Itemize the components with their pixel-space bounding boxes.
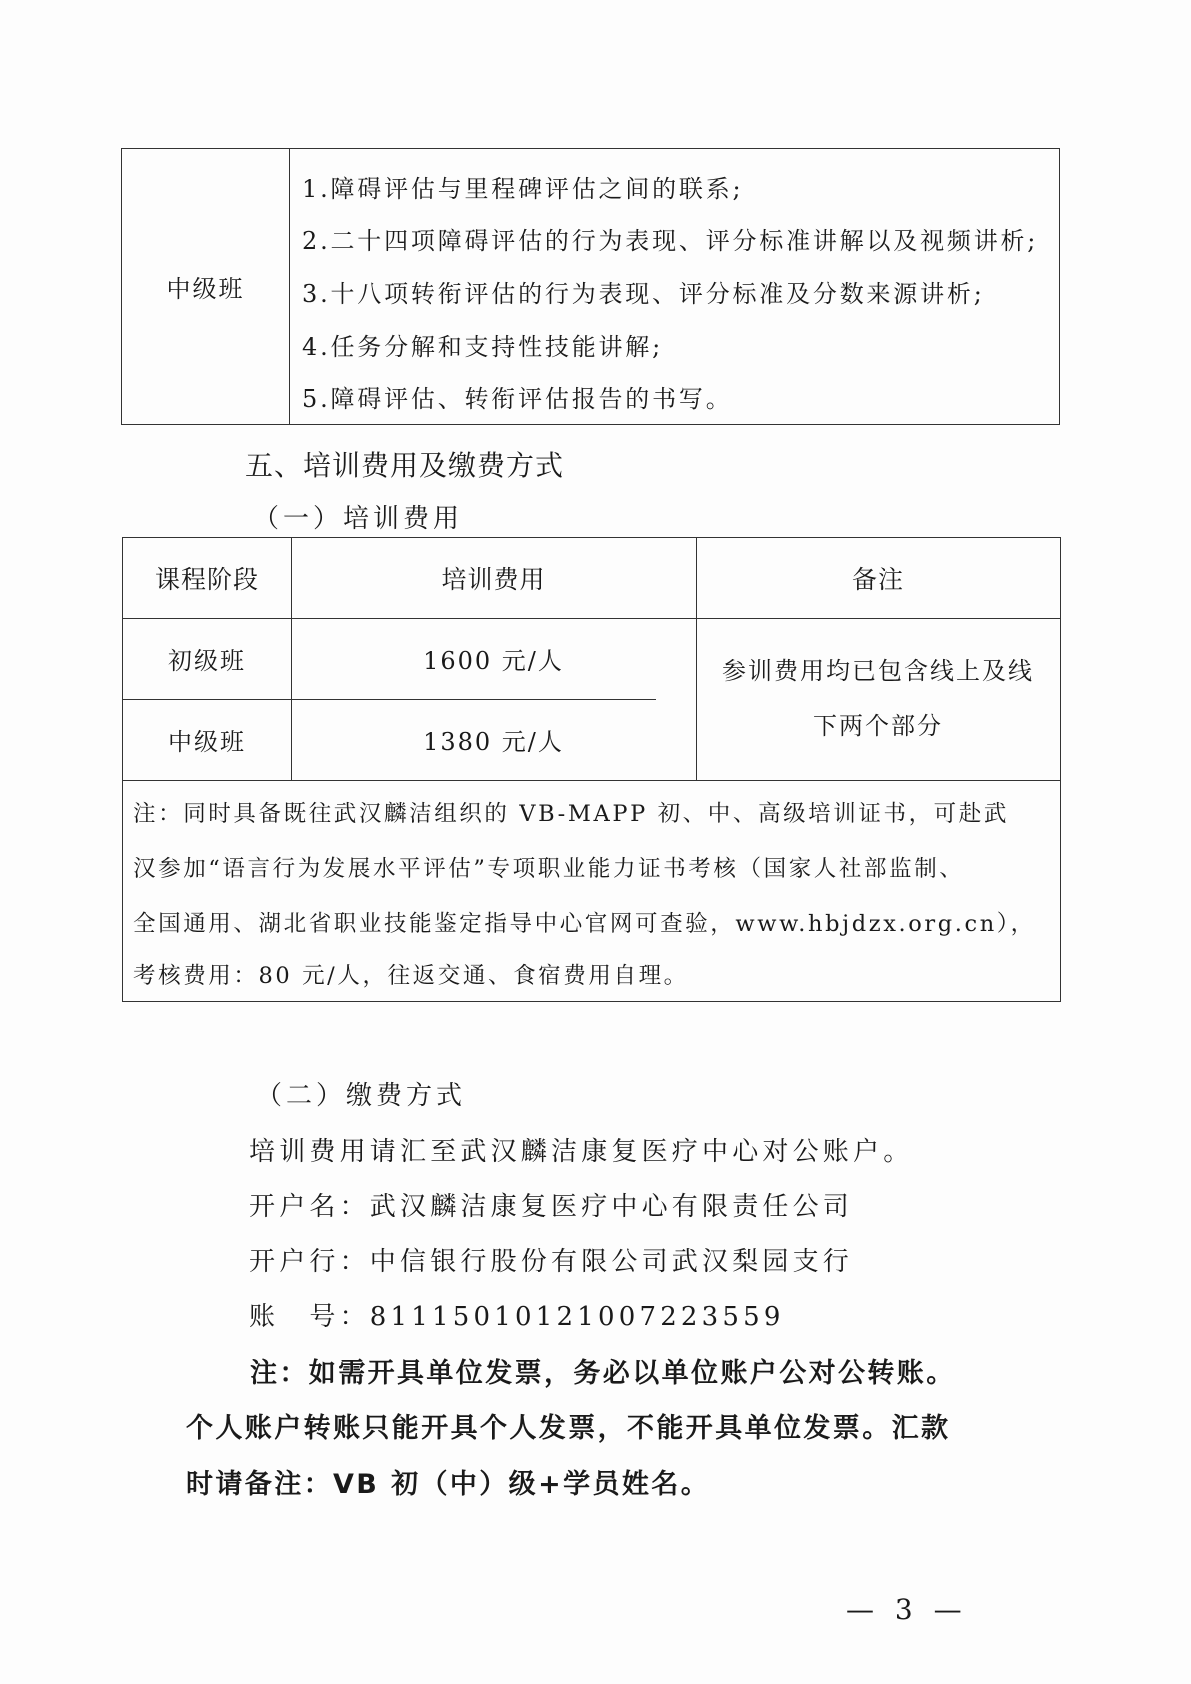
note-line: 注：同时具备既往武汉麟洁组织的 VB-MAPP 初、中、高级培训证书，可赴武 xyxy=(133,796,1052,828)
content-item: 3.十八项转衔评估的行为表现、评分标准及分数来源讲析; xyxy=(302,274,985,309)
level-label: 中级班 xyxy=(167,269,245,304)
row-stage: 中级班 xyxy=(123,699,291,780)
account-name: 开户名：武汉麟洁康复医疗中心有限责任公司 xyxy=(249,1186,853,1223)
level-cell: 中级班 xyxy=(122,149,290,424)
remark-line: 参训费用均已包含线上及线 xyxy=(722,644,1034,699)
header-remark: 备注 xyxy=(696,538,1060,618)
invoice-note: 时请备注：VB 初（中）级+学员姓名。 xyxy=(186,1462,710,1501)
row-fee: 1380 元/人 xyxy=(291,699,696,780)
content-item: 2.二十四项障碍评估的行为表现、评分标准讲解以及视频讲析; xyxy=(302,221,1038,256)
invoice-note: 个人账户转账只能开具个人发票，不能开具单位发票。汇款 xyxy=(186,1406,950,1445)
fee-table: 课程阶段 培训费用 备注 初级班 1600 元/人 中级班 1380 元/人 参… xyxy=(122,537,1061,1002)
content-item: 4.任务分解和支持性技能讲解; xyxy=(302,327,663,362)
fees-subtitle: （一）培训费用 xyxy=(253,498,463,535)
payment-intro: 培训费用请汇至武汉麟洁康复医疗中心对公账户。 xyxy=(249,1131,913,1168)
row-fee: 1600 元/人 xyxy=(291,618,696,699)
remark-cell: 参训费用均已包含线上及线 下两个部分 xyxy=(696,618,1060,780)
content-item: 5.障碍评估、转衔评估报告的书写。 xyxy=(302,379,733,414)
header-fee: 培训费用 xyxy=(291,538,696,618)
content-item: 1.障碍评估与里程碑评估之间的联系; xyxy=(302,169,743,204)
header-stage: 课程阶段 xyxy=(123,538,291,618)
account-number: 账 号：81115010121007223559 xyxy=(249,1296,785,1333)
invoice-note: 注：如需开具单位发票，务必以单位账户公对公转账。 xyxy=(250,1351,956,1390)
note-line: 考核费用：80 元/人，往返交通、食宿费用自理。 xyxy=(133,958,1052,990)
section-title: 五、培训费用及缴费方式 xyxy=(245,444,564,484)
bank-name: 开户行：中信银行股份有限公司武汉梨园支行 xyxy=(249,1241,853,1278)
curriculum-table: 中级班 1.障碍评估与里程碑评估之间的联系; 2.二十四项障碍评估的行为表现、评… xyxy=(121,148,1060,425)
note-line: 汉参加“语言行为发展水平评估”专项职业能力证书考核（国家人社部监制、 xyxy=(133,851,1052,883)
content-cell: 1.障碍评估与里程碑评估之间的联系; 2.二十四项障碍评估的行为表现、评分标准讲… xyxy=(290,149,1059,424)
page-number: — 3 — xyxy=(846,1593,968,1626)
row-stage: 初级班 xyxy=(123,618,291,699)
remark-line: 下两个部分 xyxy=(813,699,943,754)
note-line: 全国通用、湖北省职业技能鉴定指导中心官网可查验，www.hbjdzx.org.c… xyxy=(133,906,1052,938)
payment-subtitle: （二）缴费方式 xyxy=(256,1075,466,1112)
divider xyxy=(123,780,1060,781)
